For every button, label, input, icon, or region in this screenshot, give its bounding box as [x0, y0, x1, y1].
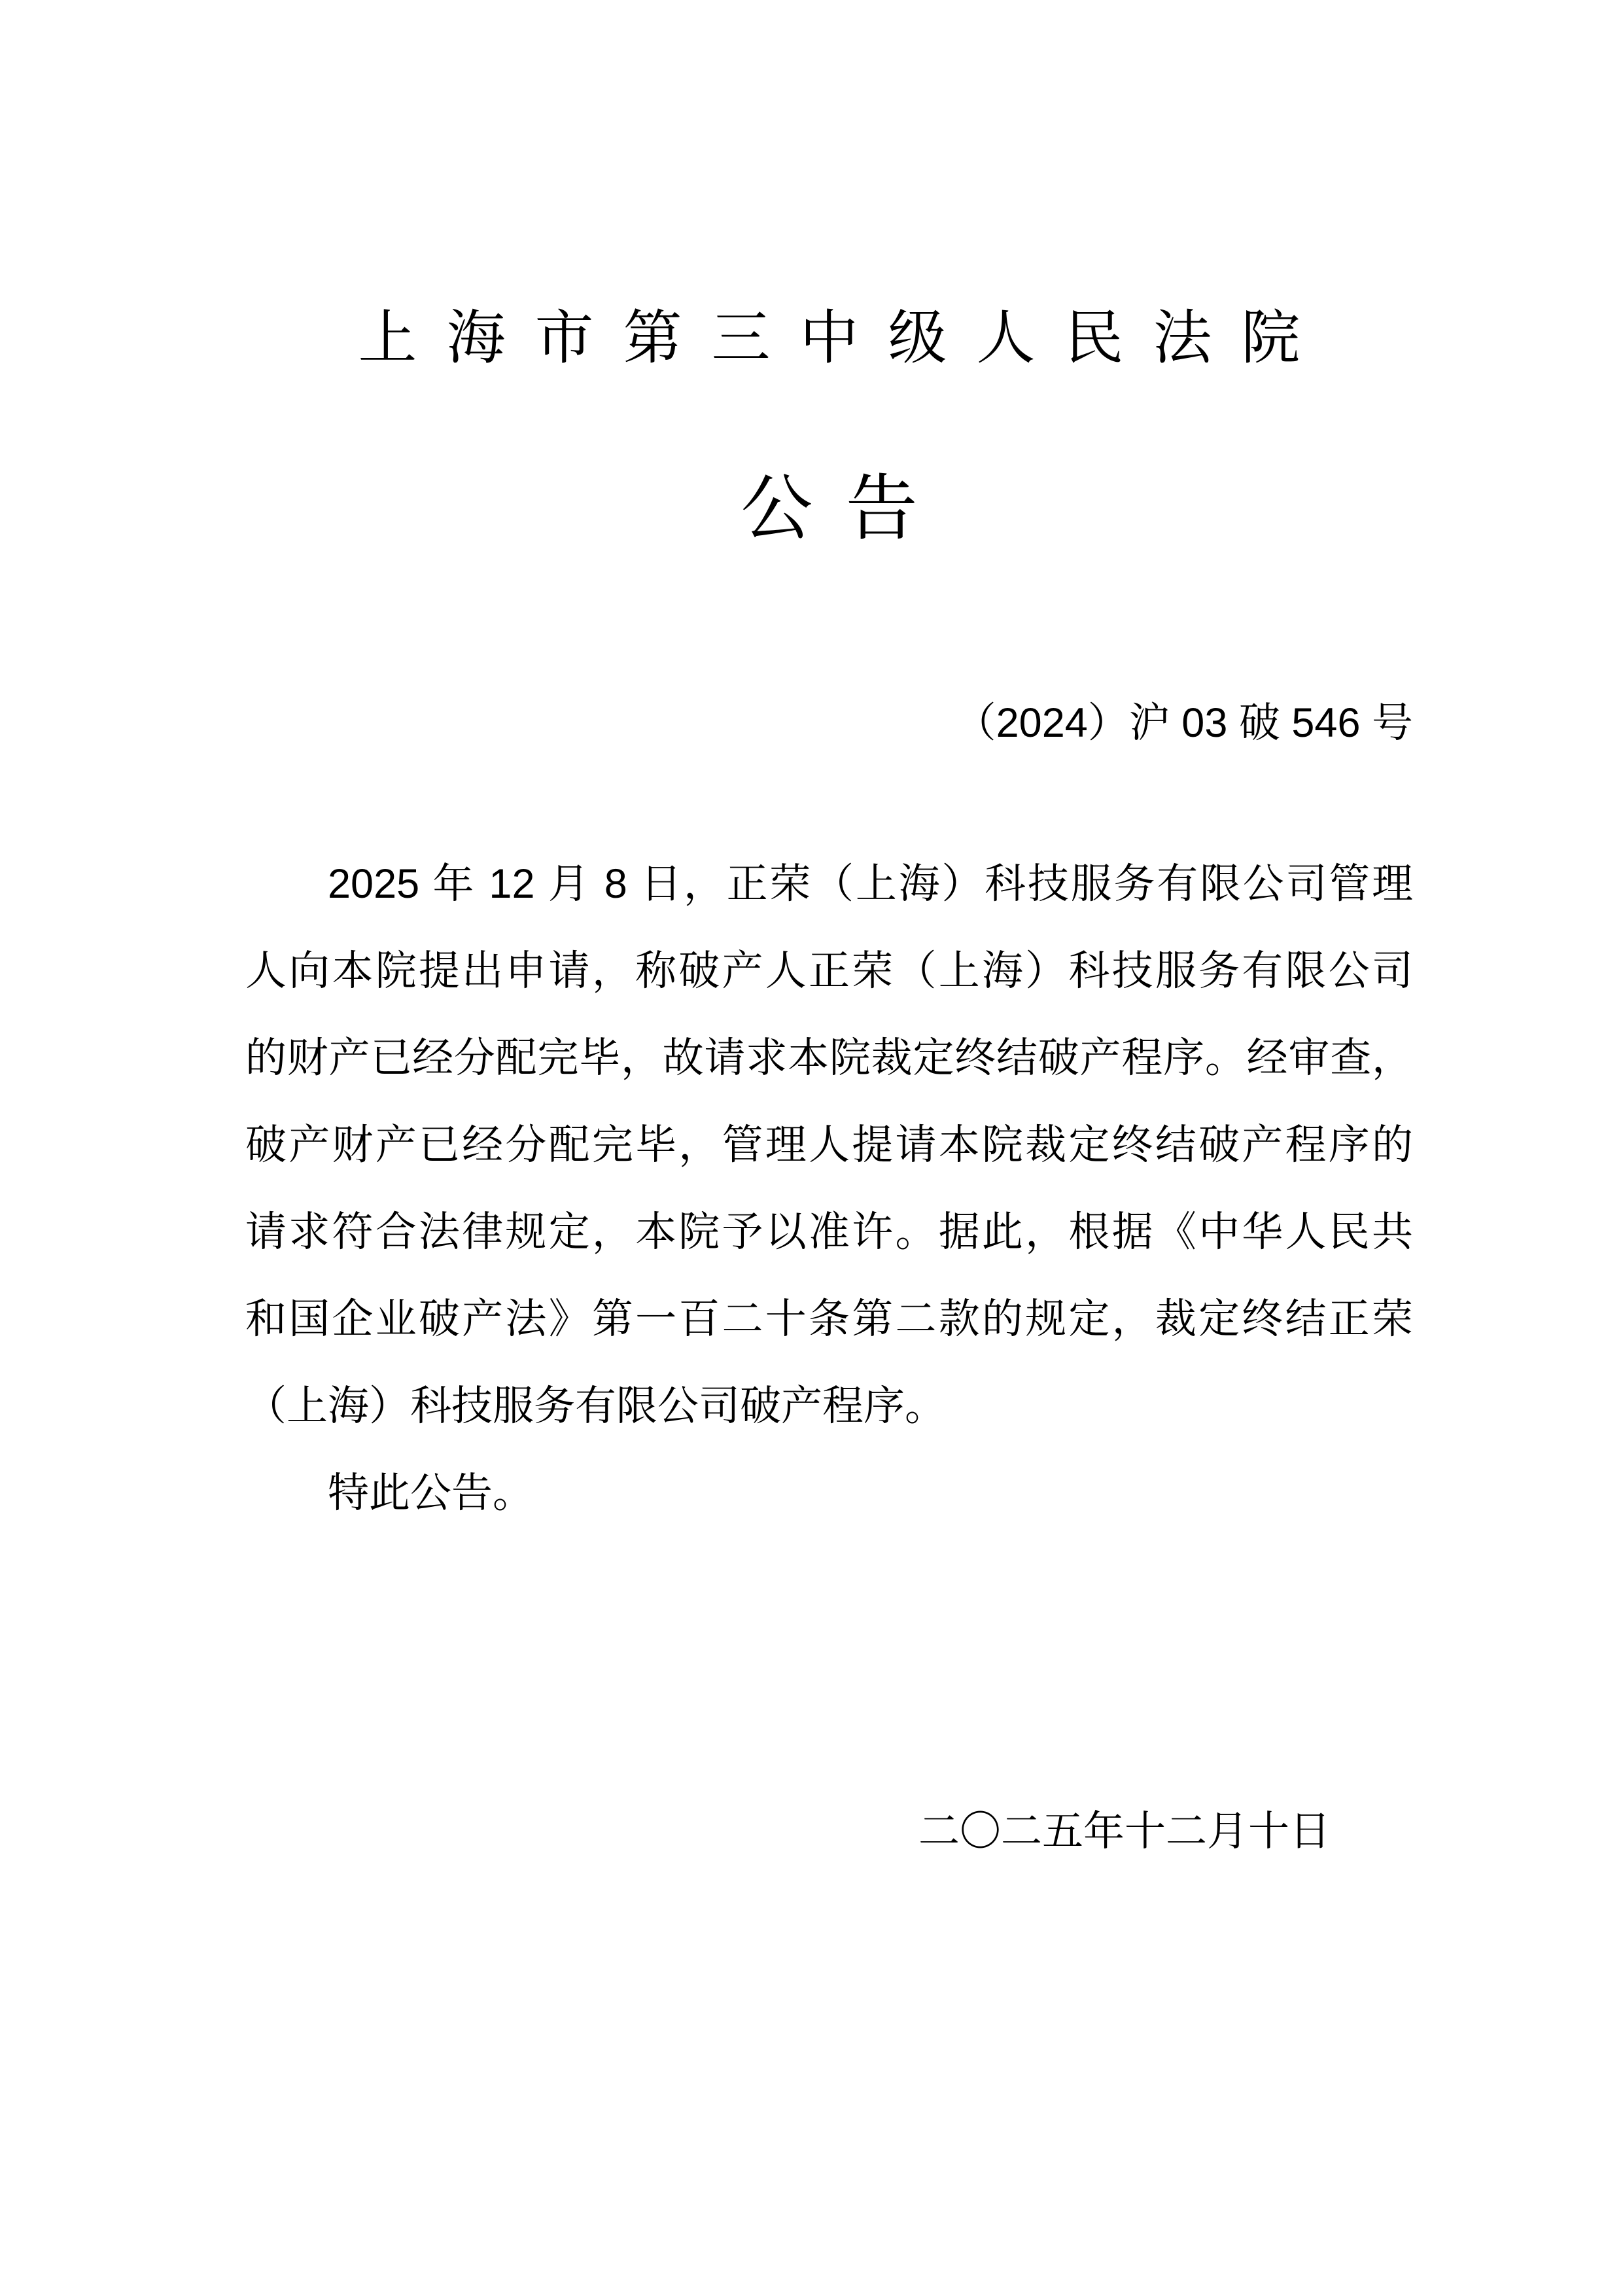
body-line: 人向本院提出申请，称破产人正荣（上海）科技服务有限公司	[245, 928, 1413, 1015]
body-line: （上海）科技服务有限公司破产程序。	[245, 1363, 1413, 1450]
case-number: （2024）沪 03 破 546 号	[245, 700, 1413, 746]
date-line: 二〇二五年十二月十日	[245, 1809, 1413, 1854]
announcement-title: 公 告	[245, 471, 1413, 546]
document-content: 上海市第三中级人民法院 公 告 （2024）沪 03 破 546 号 2025 …	[245, 308, 1413, 1854]
announcement-body: 2025 年 12 月 8 日，正荣（上海）科技服务有限公司管理 人向本院提出申…	[245, 841, 1413, 1537]
closing-line: 特此公告。	[245, 1450, 1413, 1537]
document-page: 上海市第三中级人民法院 公 告 （2024）沪 03 破 546 号 2025 …	[0, 0, 1623, 2296]
body-line: 和国企业破产法》第一百二十条第二款的规定，裁定终结正荣	[245, 1276, 1413, 1363]
body-line: 请求符合法律规定，本院予以准许。据此，根据《中华人民共	[245, 1189, 1413, 1276]
court-name: 上海市第三中级人民法院	[245, 308, 1413, 370]
body-line: 2025 年 12 月 8 日，正荣（上海）科技服务有限公司管理	[245, 841, 1413, 928]
body-line: 的财产已经分配完毕，故请求本院裁定终结破产程序。经审查，	[245, 1015, 1413, 1102]
body-line: 破产财产已经分配完毕，管理人提请本院裁定终结破产程序的	[245, 1102, 1413, 1189]
